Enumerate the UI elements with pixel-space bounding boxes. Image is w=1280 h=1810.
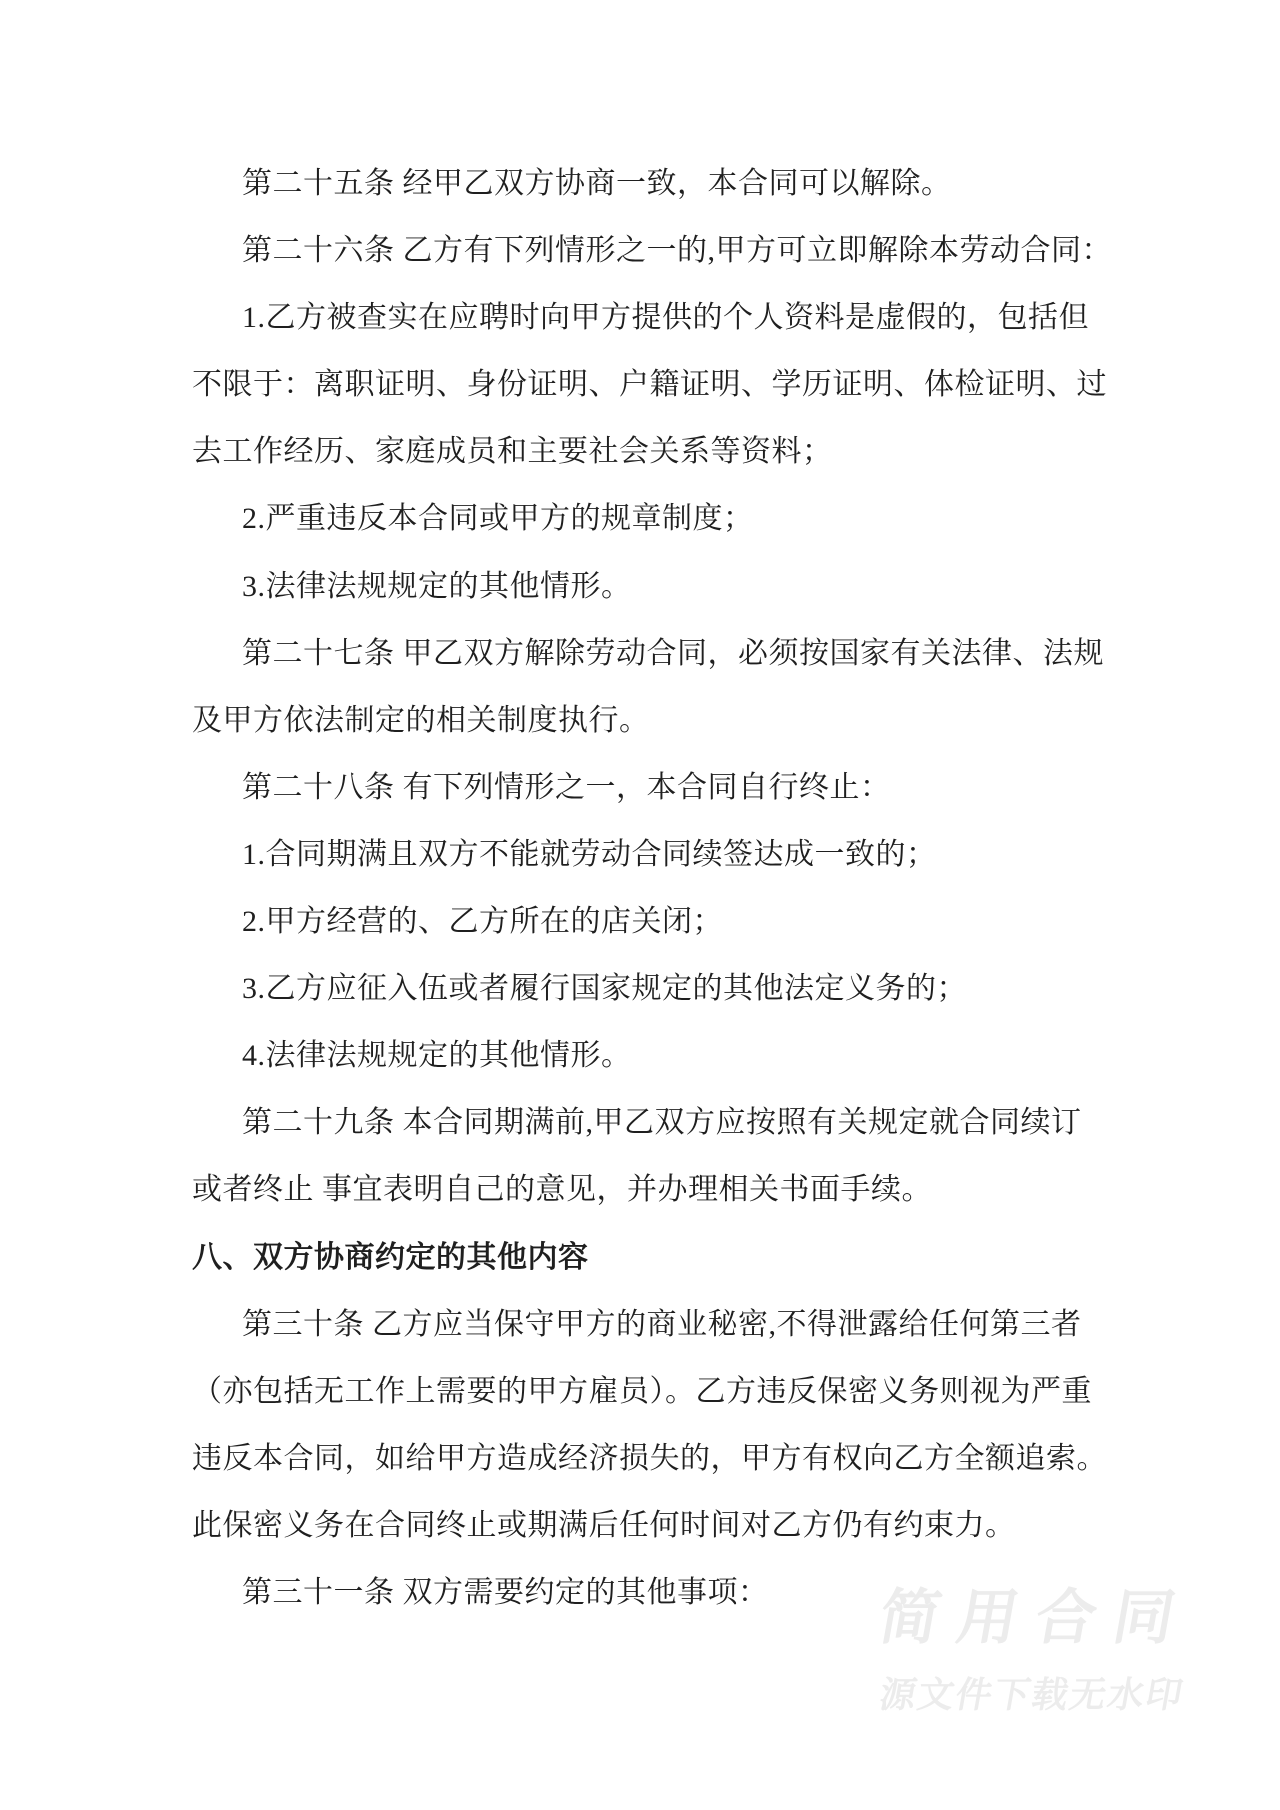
contract-line: 第二十七条 甲乙双方解除劳动合同，必须按国家有关法律、法规 xyxy=(192,620,1132,687)
contract-line: 第二十九条 本合同期满前,甲乙双方应按照有关规定就合同续订 xyxy=(192,1089,1132,1156)
contract-line: 4.法律法规规定的其他情形。 xyxy=(192,1022,1132,1089)
contract-line: 第二十五条 经甲乙双方协商一致，本合同可以解除。 xyxy=(192,150,1132,217)
contract-line: 第三十条 乙方应当保守甲方的商业秘密,不得泄露给任何第三者 xyxy=(192,1291,1132,1358)
contract-line: 违反本合同，如给甲方造成经济损失的，甲方有权向乙方全额追索。 xyxy=(192,1425,1132,1492)
watermark: 简用合同 源文件下载无水印 xyxy=(880,1586,1192,1714)
watermark-subtitle: 源文件下载无水印 xyxy=(877,1676,1196,1714)
contract-line: 去工作经历、家庭成员和主要社会关系等资料； xyxy=(192,418,1132,485)
contract-line: 1.乙方被查实在应聘时向甲方提供的个人资料是虚假的，包括但 xyxy=(192,284,1132,351)
contract-body: 第二十五条 经甲乙双方协商一致，本合同可以解除。 第二十六条 乙方有下列情形之一… xyxy=(192,150,1132,1626)
contract-line: 及甲方依法制定的相关制度执行。 xyxy=(192,687,1132,754)
contract-document-page: 第二十五条 经甲乙双方协商一致，本合同可以解除。 第二十六条 乙方有下列情形之一… xyxy=(0,0,1280,1810)
contract-line: 或者终止 事宜表明自己的意见，并办理相关书面手续。 xyxy=(192,1156,1132,1223)
contract-line: 此保密义务在合同终止或期满后任何时间对乙方仍有约束力。 xyxy=(192,1492,1132,1559)
contract-line: 第二十八条 有下列情形之一，本合同自行终止： xyxy=(192,754,1132,821)
contract-line: （亦包括无工作上需要的甲方雇员）。乙方违反保密义务则视为严重 xyxy=(192,1358,1132,1425)
contract-line: 2.甲方经营的、乙方所在的店关闭； xyxy=(192,888,1132,955)
contract-line: 3.乙方应征入伍或者履行国家规定的其他法定义务的； xyxy=(192,955,1132,1022)
contract-line: 不限于：离职证明、身份证明、户籍证明、学历证明、体检证明、过 xyxy=(192,351,1132,418)
contract-line: 1.合同期满且双方不能就劳动合同续签达成一致的； xyxy=(192,821,1132,888)
contract-line: 2.严重违反本合同或甲方的规章制度； xyxy=(192,485,1132,552)
section-heading: 八、双方协商约定的其他内容 xyxy=(192,1224,1132,1291)
contract-line: 第二十六条 乙方有下列情形之一的,甲方可立即解除本劳动合同： xyxy=(192,217,1132,284)
watermark-title: 简用合同 xyxy=(874,1586,1197,1650)
contract-line: 3.法律法规规定的其他情形。 xyxy=(192,553,1132,620)
